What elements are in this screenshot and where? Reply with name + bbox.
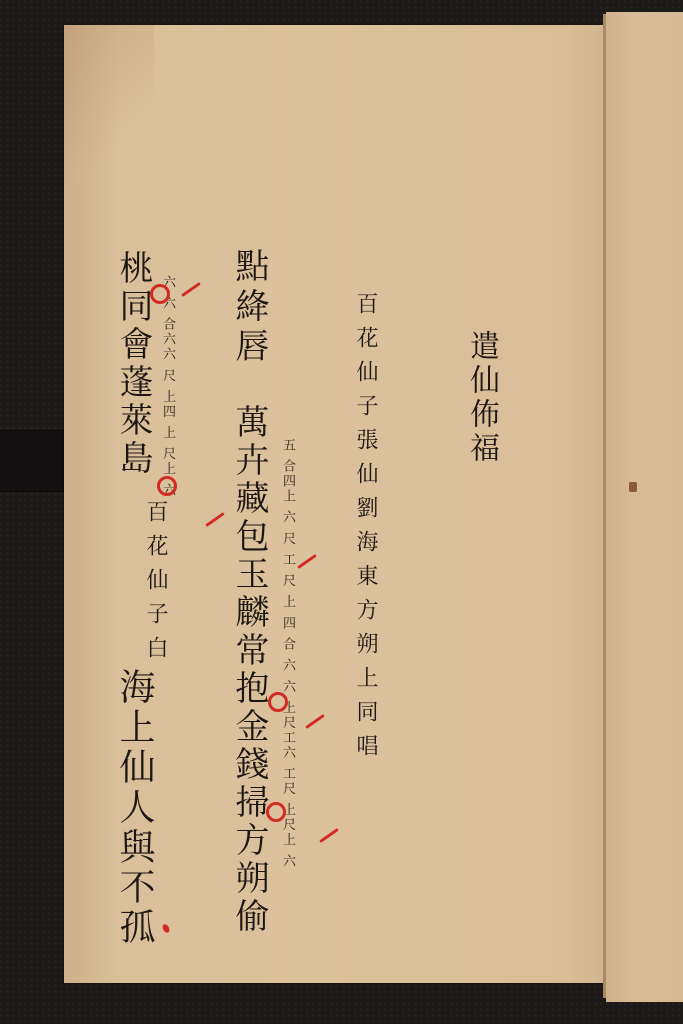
red-circle-mark xyxy=(266,802,286,822)
gongche-notation-left: 六 六 合六六 尺 上四 上 尺上 六 xyxy=(158,275,177,498)
cast-line: 百花仙子張仙劉海東方朔上同唱 xyxy=(354,292,376,768)
tune-name: 點絳唇 xyxy=(232,248,266,368)
red-circle-mark xyxy=(268,692,288,712)
spoken-verse: 海上仙人與不孤 xyxy=(116,668,152,948)
binding-strap xyxy=(0,430,72,492)
paper-stain xyxy=(629,482,637,492)
red-circle-mark xyxy=(150,284,170,304)
red-circle-mark xyxy=(157,476,177,496)
lyric-line: 萬卉藏包玉麟常抱金錢掃方朔偷 xyxy=(232,404,266,936)
speaker-line: 百花仙子白 xyxy=(144,500,166,670)
section-title: 遣仙佈福 xyxy=(466,330,496,466)
facing-page xyxy=(606,12,683,1002)
lyric-line-continued: 桃同會蓬萊島 xyxy=(116,250,150,478)
